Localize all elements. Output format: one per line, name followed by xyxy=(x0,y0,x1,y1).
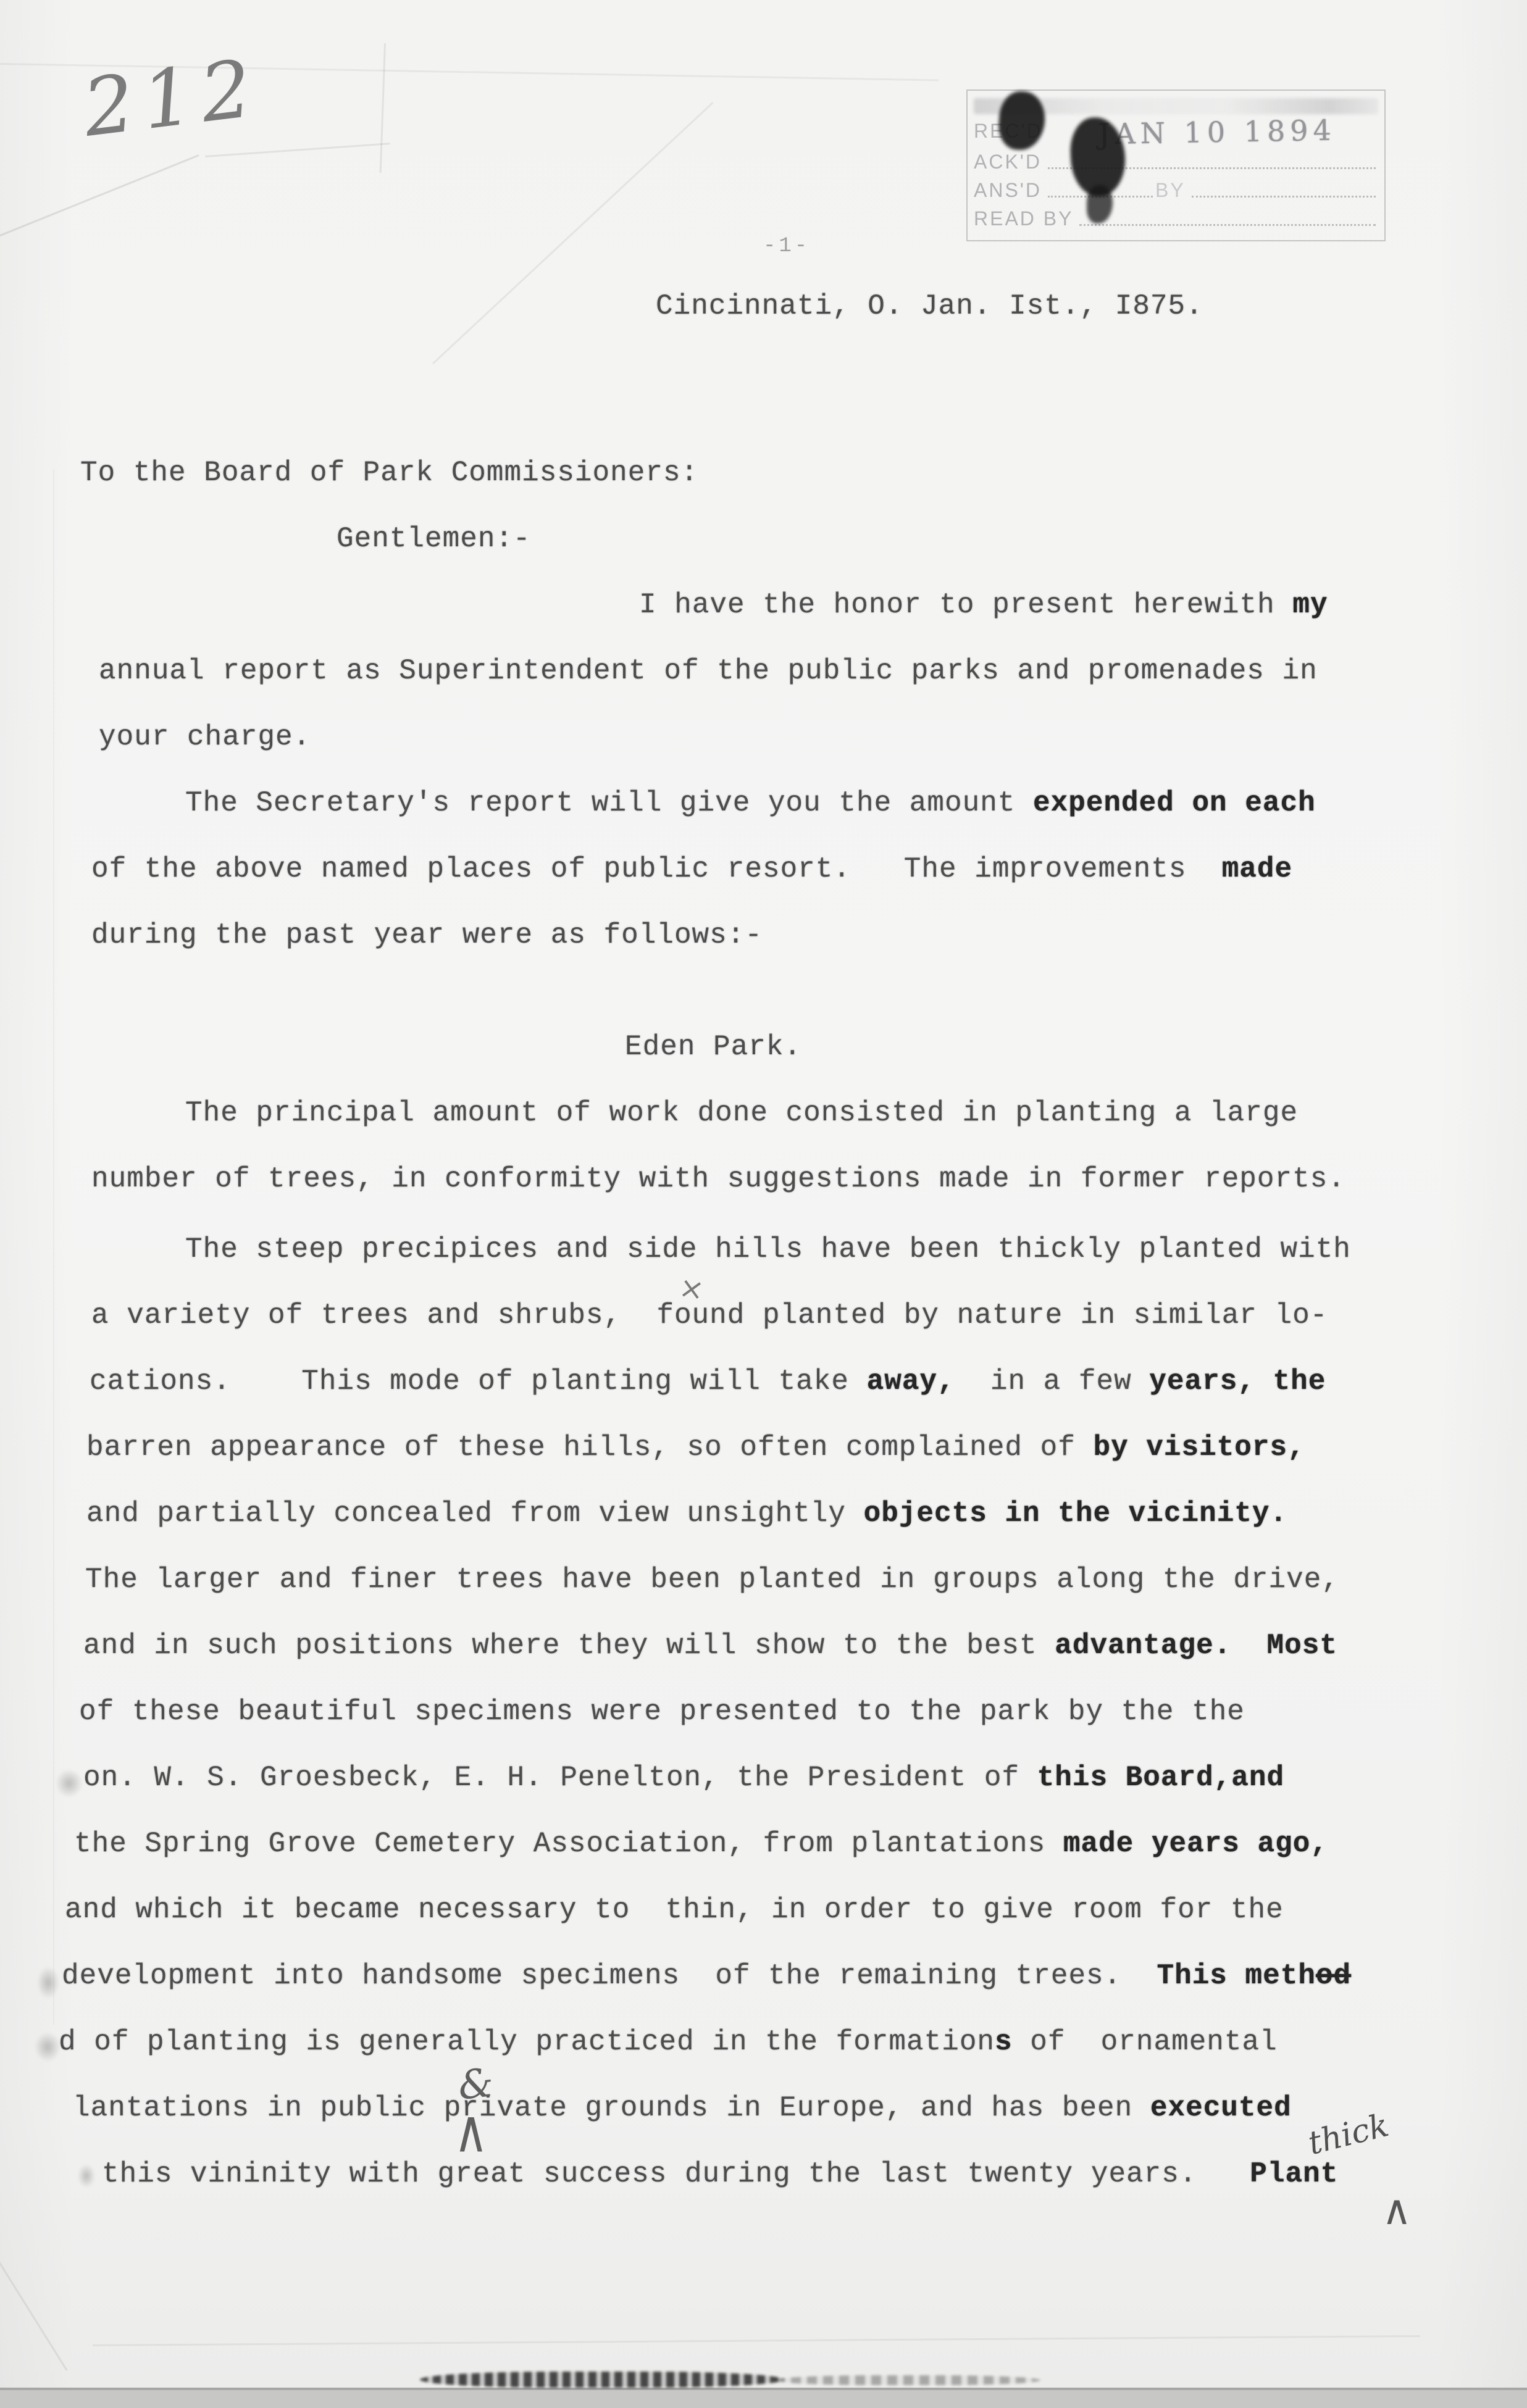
pencil-note-thick: thick xyxy=(1305,2107,1392,2162)
paper-sheet: 212 REC'D JAN 10 1894 ACK'D ANS'D BY REA… xyxy=(0,0,1527,2390)
stamp-row-ansd: ANS'D BY xyxy=(974,176,1378,202)
stamp-label-ackd: ACK'D xyxy=(974,151,1042,173)
bottom-edge-smudge xyxy=(420,2372,784,2388)
typed-line: annual report as Superintendent of the p… xyxy=(99,654,1318,688)
edge-smudge xyxy=(56,1769,83,1798)
stamp-row-read-by: READ BY xyxy=(974,204,1378,230)
paper-crease xyxy=(205,143,390,157)
paper-crease xyxy=(93,2335,1420,2346)
edge-smudge xyxy=(78,2164,95,2188)
edge-smudge xyxy=(37,1967,59,1999)
dateline: Cincinnati, O. Jan. Ist., I875. xyxy=(656,290,1203,323)
typed-line: development into handsome specimens of t… xyxy=(62,1959,1351,1993)
section-heading-eden-park: Eden Park. xyxy=(625,1030,801,1064)
stamp-label-ansd: ANS'D xyxy=(974,179,1042,202)
typed-line: the Spring Grove Cemetery Association, f… xyxy=(74,1827,1328,1860)
paper-crease xyxy=(0,2247,68,2371)
pencil-page-number: 212 xyxy=(78,42,265,155)
stamp-row-ackd: ACK'D xyxy=(974,148,1378,173)
typed-line: during the past year were as follows:- xyxy=(91,919,763,952)
paper-crease xyxy=(0,154,199,238)
edge-smudge xyxy=(35,2032,61,2062)
typed-line-salutation: Gentlemen:- xyxy=(337,522,531,556)
paper-crease xyxy=(432,102,713,364)
typed-line: number of trees, in conformity with sugg… xyxy=(91,1162,1345,1196)
dotted-leader xyxy=(1192,196,1376,198)
dotted-leader xyxy=(1079,224,1376,226)
stamp-label-by: BY xyxy=(1155,179,1186,202)
typed-line: barren appearance of these hills, so oft… xyxy=(86,1431,1305,1464)
typed-line: and partially concealed from view unsigh… xyxy=(86,1497,1287,1530)
pencil-caret-mark: ∧ xyxy=(1382,2186,1412,2234)
typed-line: d of planting is generally practiced in … xyxy=(59,2025,1278,2059)
date-stamp: JAN 10 1894 xyxy=(1098,114,1337,151)
typed-line: The principal amount of work done consis… xyxy=(185,1096,1298,1130)
typed-line: and which it became necessary to thin, i… xyxy=(65,1893,1284,1927)
stamp-label-read-by: READ BY xyxy=(974,207,1073,230)
typed-line: of the above named places of public reso… xyxy=(91,852,1292,886)
typed-line: a variety of trees and shrubs, found pla… xyxy=(91,1299,1328,1332)
typed-line-address: To the Board of Park Commissioners: xyxy=(80,456,698,490)
typed-line: The steep precipices and side hills have… xyxy=(185,1233,1351,1266)
bottom-edge-smudge xyxy=(775,2375,1040,2385)
typed-line: I have the honor to present herewith my xyxy=(639,588,1328,622)
typed-line: lantations in public private grounds in … xyxy=(73,2091,1292,2125)
typed-line: and in such positions where they will sh… xyxy=(83,1629,1337,1662)
typed-line: cations. This mode of planting will take… xyxy=(90,1365,1326,1398)
typed-line: on. W. S. Groesbeck, E. H. Penelton, the… xyxy=(83,1761,1284,1794)
typed-line: this vininity with great success during … xyxy=(102,2157,1338,2191)
typed-line: The larger and finer trees have been pla… xyxy=(85,1563,1339,1596)
paper-crease xyxy=(380,43,386,173)
typed-line: of these beautiful specimens were presen… xyxy=(79,1695,1245,1728)
page-marker: -1- xyxy=(763,230,810,263)
paper-crease xyxy=(53,469,54,2025)
pencil-caret-mark: ∧ xyxy=(454,2097,488,2165)
typed-line: The Secretary's report will give you the… xyxy=(185,786,1316,820)
typed-line: your charge. xyxy=(99,720,311,754)
scan-background: 212 REC'D JAN 10 1894 ACK'D ANS'D BY REA… xyxy=(0,0,1527,2408)
